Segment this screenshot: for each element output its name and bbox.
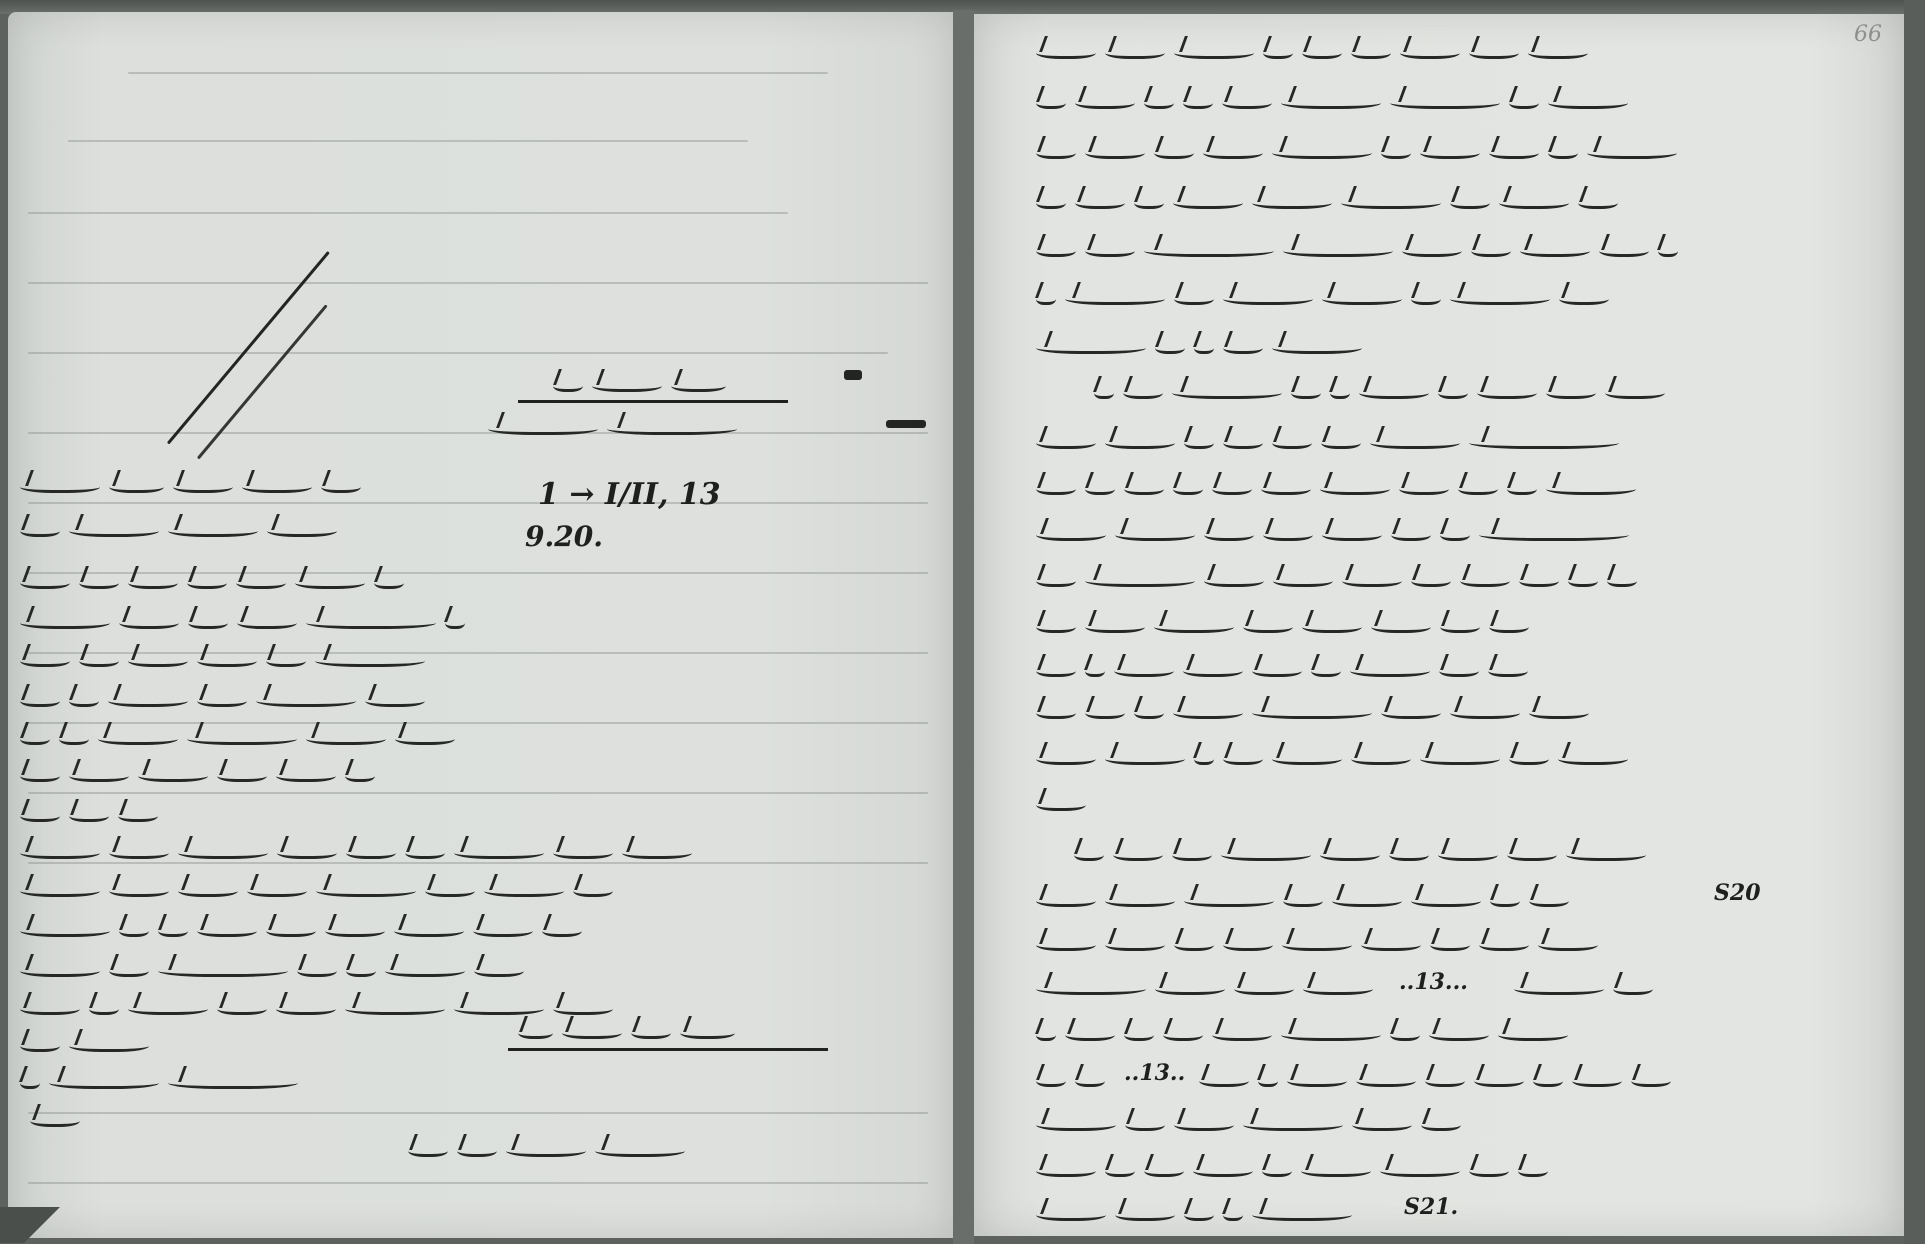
- book-gutter: [953, 10, 974, 1244]
- handwriting-line: [1036, 44, 1588, 59]
- handwriting-line: [1036, 290, 1609, 305]
- diagonal-marginal-note: [illegible diagonal marginal note] ... B…: [158, 242, 418, 482]
- handwriting-line: [1036, 434, 1619, 449]
- handwriting-line: [1036, 1072, 1105, 1087]
- handwriting-line: [1036, 662, 1528, 677]
- handwriting-line: [1036, 339, 1362, 354]
- closing-line: [408, 1142, 685, 1157]
- heading-page-ref: 9.20.: [525, 520, 603, 553]
- underlined-caption: [518, 1024, 735, 1039]
- handwriting-line: [1036, 144, 1677, 159]
- handwriting-line: [1036, 892, 1569, 907]
- handwriting-line: [20, 767, 375, 782]
- handwriting-line: [1036, 704, 1589, 719]
- handwriting-line: [1036, 572, 1637, 587]
- handwriting-line: [1036, 796, 1086, 811]
- handwriting-line: [1036, 618, 1529, 633]
- handwriting-line: [20, 652, 425, 667]
- handwriting-line: [1036, 1026, 1568, 1041]
- handwriting-line: [20, 730, 455, 745]
- reference-s21: S21.: [1404, 1194, 1458, 1220]
- scan-right-edge: [1904, 0, 1925, 1244]
- handwriting-line: [20, 1000, 613, 1015]
- handwriting-line: [20, 478, 361, 493]
- handwriting-line: [1514, 980, 1653, 995]
- handwriting-line: [20, 807, 158, 822]
- handwriting-line: [20, 614, 465, 629]
- handwriting-line: [20, 692, 425, 707]
- handwriting-line: [1199, 1072, 1671, 1087]
- handwriting-line: [1036, 480, 1636, 495]
- handwriting-line: [1036, 1116, 1461, 1131]
- handwriting-line: [20, 844, 692, 859]
- heading-subtitle-strokes: [488, 420, 737, 435]
- heading-reference: 1 → I/II, 13: [538, 477, 721, 512]
- handwriting-line: [20, 962, 524, 977]
- reference-s20: S20: [1714, 880, 1761, 906]
- margin-mark: [844, 370, 862, 380]
- heading-underline: [518, 400, 788, 403]
- handwriting-line: [20, 882, 613, 897]
- handwriting-line: [20, 574, 404, 589]
- heading-title-strokes: [553, 377, 726, 392]
- handwriting-line: [1094, 384, 1665, 399]
- handwriting-line: [1036, 194, 1618, 209]
- handwriting-line: [20, 922, 582, 937]
- handwriting-line: [1074, 846, 1646, 861]
- handwriting-line: [1036, 94, 1628, 109]
- handwriting-line: [1036, 980, 1373, 995]
- handwriting-line: [20, 1074, 298, 1089]
- page-corner-shadow: [0, 1207, 60, 1243]
- caption-underline: [508, 1048, 828, 1051]
- handwriting-line: [1036, 526, 1629, 541]
- handwriting-line: [1036, 936, 1598, 951]
- handwriting-line: [30, 1112, 80, 1127]
- right-page: 66 S20 ..13... ..13.. S21.: [974, 14, 1904, 1236]
- handwriting-line: [1036, 750, 1628, 765]
- handwriting-line: [1036, 1162, 1548, 1177]
- reference-13-b: ..13..: [1124, 1060, 1185, 1086]
- page-number: 66: [1854, 22, 1882, 47]
- handwriting-line: [1036, 1206, 1352, 1221]
- handwriting-line: [20, 1037, 149, 1052]
- left-page: [illegible diagonal marginal note] ... B…: [8, 12, 953, 1238]
- handwriting-line: [1036, 242, 1678, 257]
- margin-mark: [886, 420, 926, 428]
- reference-13: ..13...: [1399, 969, 1468, 995]
- handwriting-line: [20, 522, 337, 537]
